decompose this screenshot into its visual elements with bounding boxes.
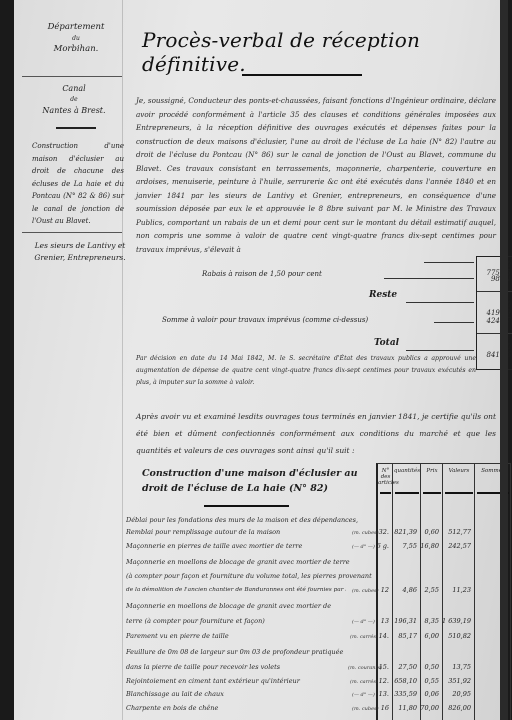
- cell-quantite: 196,31: [391, 617, 417, 625]
- cell-article: 6 g.: [376, 542, 389, 550]
- row-label: de la démolition de l'ancien chantier de…: [126, 586, 346, 595]
- row-label: Remblai pour remplissage autour de la ma…: [126, 528, 326, 537]
- cell-article: 15.: [376, 663, 389, 671]
- cell-prix: 0,50: [419, 663, 439, 671]
- cell-valeur: 351,92: [441, 677, 471, 685]
- margin-rule-2: [22, 232, 122, 233]
- page-edge-shadow: [500, 0, 508, 720]
- row-unit: (m. cubes): [352, 588, 379, 594]
- leader-line: [424, 262, 474, 263]
- decision-paragraph: Par décision en date du 14 Mai 1842, M. …: [136, 353, 476, 389]
- header-valeur: Valeurs: [443, 468, 475, 474]
- cell-valeur: 510,82: [441, 632, 471, 640]
- row-label: terre (à compter pour fourniture et faço…: [126, 617, 326, 626]
- row-unit: (m. carrés): [350, 634, 378, 640]
- rabais-label: Rabais à raison de 1,50 pour cent: [202, 270, 322, 278]
- intro-paragraph: Je, soussigné, Conducteur des ponts-et-c…: [136, 94, 496, 256]
- header-prix: Prix: [421, 468, 443, 474]
- department-heading: Département du Morbihan.: [36, 22, 116, 55]
- header-rule: [423, 492, 441, 494]
- cell-valeur: 13,75: [441, 663, 471, 671]
- section-heading: Déblai pour les fondations des murs de l…: [126, 516, 376, 525]
- reste-label: Reste: [369, 290, 397, 300]
- page-title: Procès-verbal de réception définitive.: [142, 28, 508, 76]
- row-label: dans la pierre de taille pour recevoir l…: [126, 663, 326, 672]
- row-unit: (m. carrés): [350, 679, 378, 685]
- construction-note: Construction d'une maison d'éclusier au …: [32, 140, 124, 228]
- header-rule: [445, 492, 473, 494]
- row-unit: (m. cubes): [352, 530, 379, 536]
- cell-prix: 0,55: [419, 677, 439, 685]
- cell-valeur: 11,23: [441, 586, 471, 594]
- row-label: Rejointoiement en ciment tant extérieur …: [126, 677, 326, 686]
- cell-valeur: 826,00: [441, 704, 471, 712]
- row-label: Blanchissage au lait de chaux: [126, 690, 326, 699]
- cell-quantite: 821,39: [391, 528, 417, 536]
- row-label: Maçonnerie en moellons de blocage de gra…: [126, 602, 376, 611]
- margin-short-rule: [56, 127, 96, 129]
- title-underline: [242, 74, 362, 76]
- cell-prix: 70,00: [419, 704, 439, 712]
- cell-valeur: 1 639,19: [441, 617, 471, 625]
- canal-name: Nantes à Brest.: [34, 105, 114, 116]
- table-title-underline: [204, 505, 289, 507]
- cell-article: 12: [376, 586, 389, 594]
- cell-article: 13.: [376, 690, 389, 698]
- cell-prix: 6,00: [419, 632, 439, 640]
- cell-prix: 8,35: [419, 617, 439, 625]
- row-unit: (— d° —): [352, 544, 375, 550]
- canal-of: de: [34, 94, 114, 105]
- cell-prix: 16,80: [419, 542, 439, 550]
- cell-valeur: 512,77: [441, 528, 471, 536]
- cell-quantite: 85,17: [391, 632, 417, 640]
- canal-label: Canal: [34, 83, 114, 94]
- document-page: Département du Morbihan. Canal de Nantes…: [14, 0, 508, 720]
- cell-quantite: 27,50: [391, 663, 417, 671]
- contractors-note: Les sieurs de Lantivy et Grenier, Entrep…: [34, 240, 126, 264]
- department-name: Morbihan.: [54, 44, 99, 54]
- cell-article: 12.: [376, 677, 389, 685]
- department-of: du: [36, 33, 116, 44]
- row-label: Feuillure de 0m 08 de largeur sur 0m 03 …: [126, 648, 376, 657]
- cell-quantite: 7,55: [391, 542, 417, 550]
- cell-article: 16: [376, 704, 389, 712]
- cell-article: 13: [376, 617, 389, 625]
- row-label: Charpente en bois de chêne: [126, 704, 326, 713]
- certify-paragraph: Après avoir vu et examiné lesdits ouvrag…: [136, 408, 496, 459]
- header-article: N° des articles: [378, 468, 393, 486]
- row-label: Parement vu en pierre de taille: [126, 632, 326, 641]
- cell-prix: 2,55: [419, 586, 439, 594]
- row-label: Maçonnerie en moellons de blocage de gra…: [126, 558, 376, 567]
- cell-prix: 0,60: [419, 528, 439, 536]
- leader-line: [406, 350, 474, 351]
- total-label: Total: [374, 338, 399, 348]
- cell-quantite: 658,10: [391, 677, 417, 685]
- row-unit: (— d° —): [352, 619, 375, 625]
- table-title: Construction d'une maison d'éclusier au …: [142, 466, 382, 496]
- leader-line: [384, 278, 474, 279]
- cell-quantite: 4,86: [391, 586, 417, 594]
- imprevus-label: Somme à valoir pour travaux imprévus (co…: [162, 316, 368, 324]
- header-rule: [395, 492, 419, 494]
- cell-article: 14.: [376, 632, 389, 640]
- cell-prix: 0,06: [419, 690, 439, 698]
- header-rule: [380, 492, 391, 494]
- row-unit: (— d° —): [352, 692, 375, 698]
- leader-line: [406, 302, 474, 303]
- cell-article: 32.: [376, 528, 389, 536]
- margin-divider: [122, 0, 123, 720]
- cell-valeur: 242,57: [441, 542, 471, 550]
- row-label: Maçonnerie en pierres de taille avec mor…: [126, 542, 326, 551]
- row-label: (à compter pour façon et fourniture du v…: [126, 572, 376, 581]
- canal-heading: Canal de Nantes à Brest.: [34, 83, 114, 116]
- leader-line: [434, 322, 474, 323]
- cell-valeur: 20,95: [441, 690, 471, 698]
- margin-rule: [22, 76, 122, 77]
- cell-quantite: 335,59: [391, 690, 417, 698]
- row-unit: (m. cubes): [352, 706, 379, 712]
- department-label: Département: [48, 22, 105, 32]
- header-quantite: quantités: [393, 468, 421, 474]
- cell-quantite: 11,80: [391, 704, 417, 712]
